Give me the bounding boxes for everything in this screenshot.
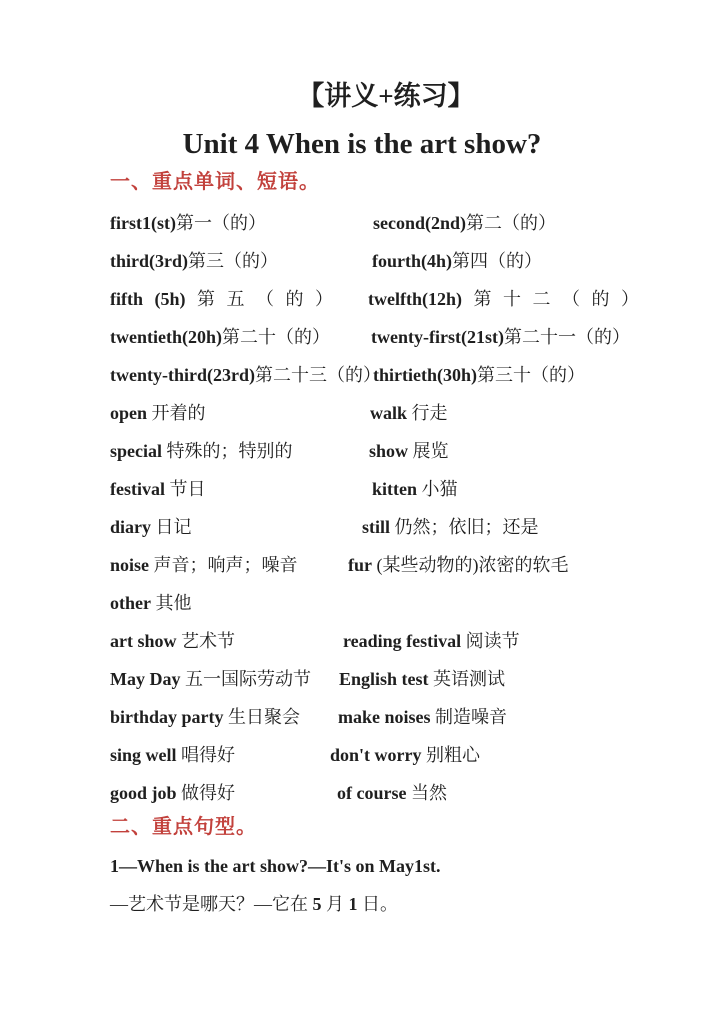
word-cell: walk 行走 xyxy=(370,399,448,427)
word-cell: art show 艺术节 xyxy=(110,627,235,655)
word-cell: birthday party 生日聚会 xyxy=(110,703,300,731)
word-cell: twentieth(20h)第二十（的） xyxy=(110,323,330,351)
word-cell: twenty-first(21st)第二十一（的） xyxy=(371,323,630,351)
word-row: festival 节日 kitten 小猫 xyxy=(0,475,724,513)
sentence-english: 1—When is the art show?—It's on May1st. xyxy=(110,852,441,880)
unit-title: Unit 4 When is the art show? xyxy=(0,124,724,164)
word-row: other 其他 xyxy=(0,589,724,627)
section-heading-sentences: 二、重点句型。 xyxy=(110,813,257,841)
word-cell: sing well 唱得好 xyxy=(110,741,235,769)
word-cell: third(3rd)第三（的） xyxy=(110,247,278,275)
word-row: diary 日记 still 仍然；依旧；还是 xyxy=(0,513,724,551)
word-list: first1(st)第一（的） second(2nd)第二（的） third(3… xyxy=(0,209,724,817)
word-cell: show 展览 xyxy=(369,437,449,465)
word-cell: good job 做得好 xyxy=(110,779,235,807)
word-row: art show 艺术节 reading festival 阅读节 xyxy=(0,627,724,665)
word-row: fifth (5h) 第 五 （ 的 ） twelfth(12h) 第 十 二 … xyxy=(0,285,724,323)
word-row: twentieth(20h)第二十（的） twenty-first(21st)第… xyxy=(0,323,724,361)
sentence-chinese-part: —艺术节是哪天？—它在 xyxy=(110,894,313,914)
word-cell: May Day 五一国际劳动节 xyxy=(110,665,311,693)
word-row: third(3rd)第三（的） fourth(4h)第四（的） xyxy=(0,247,724,285)
word-cell: make noises 制造噪音 xyxy=(338,703,507,731)
word-cell: kitten 小猫 xyxy=(372,475,458,503)
word-row: noise 声音；响声；噪音 fur (某些动物的)浓密的软毛 xyxy=(0,551,724,589)
word-row: birthday party 生日聚会 make noises 制造噪音 xyxy=(0,703,724,741)
word-cell: twelfth(12h) 第 十 二 （ 的 ） xyxy=(368,285,639,313)
word-cell: reading festival 阅读节 xyxy=(343,627,520,655)
section-heading-words: 一、重点单词、短语。 xyxy=(110,168,320,196)
word-row: twenty-third(23rd)第二十三（的） thirtieth(30h)… xyxy=(0,361,724,399)
word-cell: diary 日记 xyxy=(110,513,192,541)
sentence-chinese-part: 日。 xyxy=(358,894,399,914)
word-cell: other 其他 xyxy=(110,589,191,617)
word-row: good job 做得好 of course 当然 xyxy=(0,779,724,817)
word-cell: open 开着的 xyxy=(110,399,206,427)
word-row: May Day 五一国际劳动节 English test 英语测试 xyxy=(0,665,724,703)
lecture-tag-title: 【讲义+练习】 xyxy=(0,78,724,114)
word-cell: don't worry 别粗心 xyxy=(330,741,480,769)
word-cell: fifth (5h) 第 五 （ 的 ） xyxy=(110,285,333,313)
word-row: special 特殊的；特别的 show 展览 xyxy=(0,437,724,475)
word-row: sing well 唱得好 don't worry 别粗心 xyxy=(0,741,724,779)
word-cell: English test 英语测试 xyxy=(339,665,505,693)
sentence-chinese-part: 月 xyxy=(322,894,349,914)
word-cell: fourth(4h)第四（的） xyxy=(372,247,542,275)
sentence-chinese: —艺术节是哪天？—它在 5 月 1 日。 xyxy=(110,890,398,918)
word-cell: still 仍然；依旧；还是 xyxy=(362,513,539,541)
sentence-month-number: 5 xyxy=(313,894,322,914)
word-cell: thirtieth(30h)第三十（的） xyxy=(373,361,585,389)
word-cell: of course 当然 xyxy=(337,779,447,807)
word-row: first1(st)第一（的） second(2nd)第二（的） xyxy=(0,209,724,247)
word-cell: twenty-third(23rd)第二十三（的） xyxy=(110,361,381,389)
word-cell: first1(st)第一（的） xyxy=(110,209,266,237)
sentence-day-number: 1 xyxy=(349,894,358,914)
word-cell: noise 声音；响声；噪音 xyxy=(110,551,298,579)
word-cell: second(2nd)第二（的） xyxy=(373,209,556,237)
document-page: 【讲义+练习】 Unit 4 When is the art show? 一、重… xyxy=(0,0,724,1024)
word-cell: festival 节日 xyxy=(110,475,205,503)
word-cell: fur (某些动物的)浓密的软毛 xyxy=(348,551,569,579)
word-row: open 开着的 walk 行走 xyxy=(0,399,724,437)
word-cell: special 特殊的；特别的 xyxy=(110,437,293,465)
